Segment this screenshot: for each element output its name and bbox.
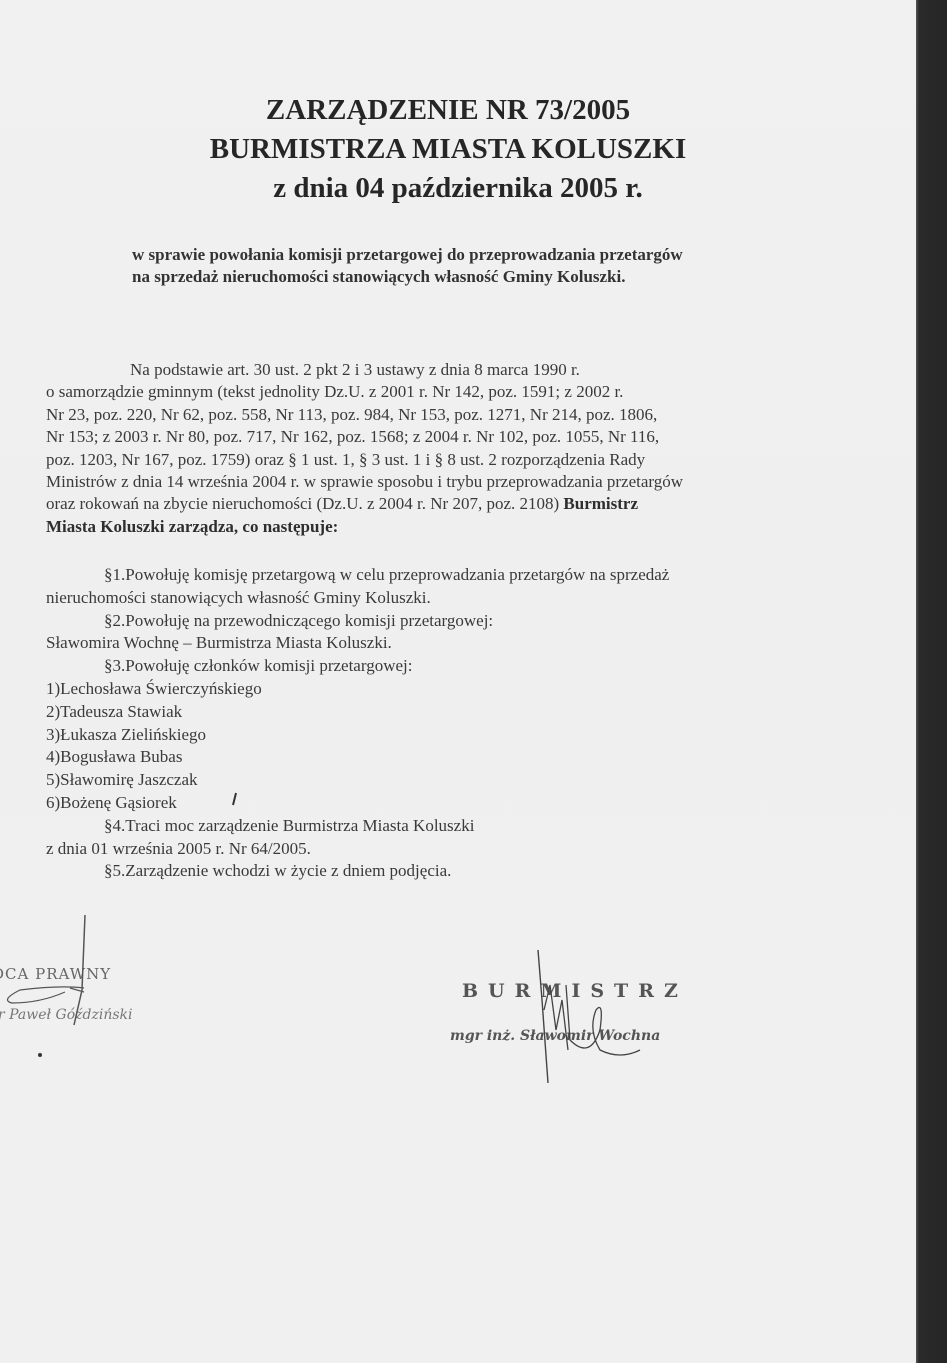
mayor-signature-icon	[0, 0, 916, 1363]
scanned-page: ZARZĄDZENIE NR 73/2005 BURMISTRZA MIASTA…	[0, 0, 916, 1363]
scan-edge-shadow	[916, 0, 947, 1363]
